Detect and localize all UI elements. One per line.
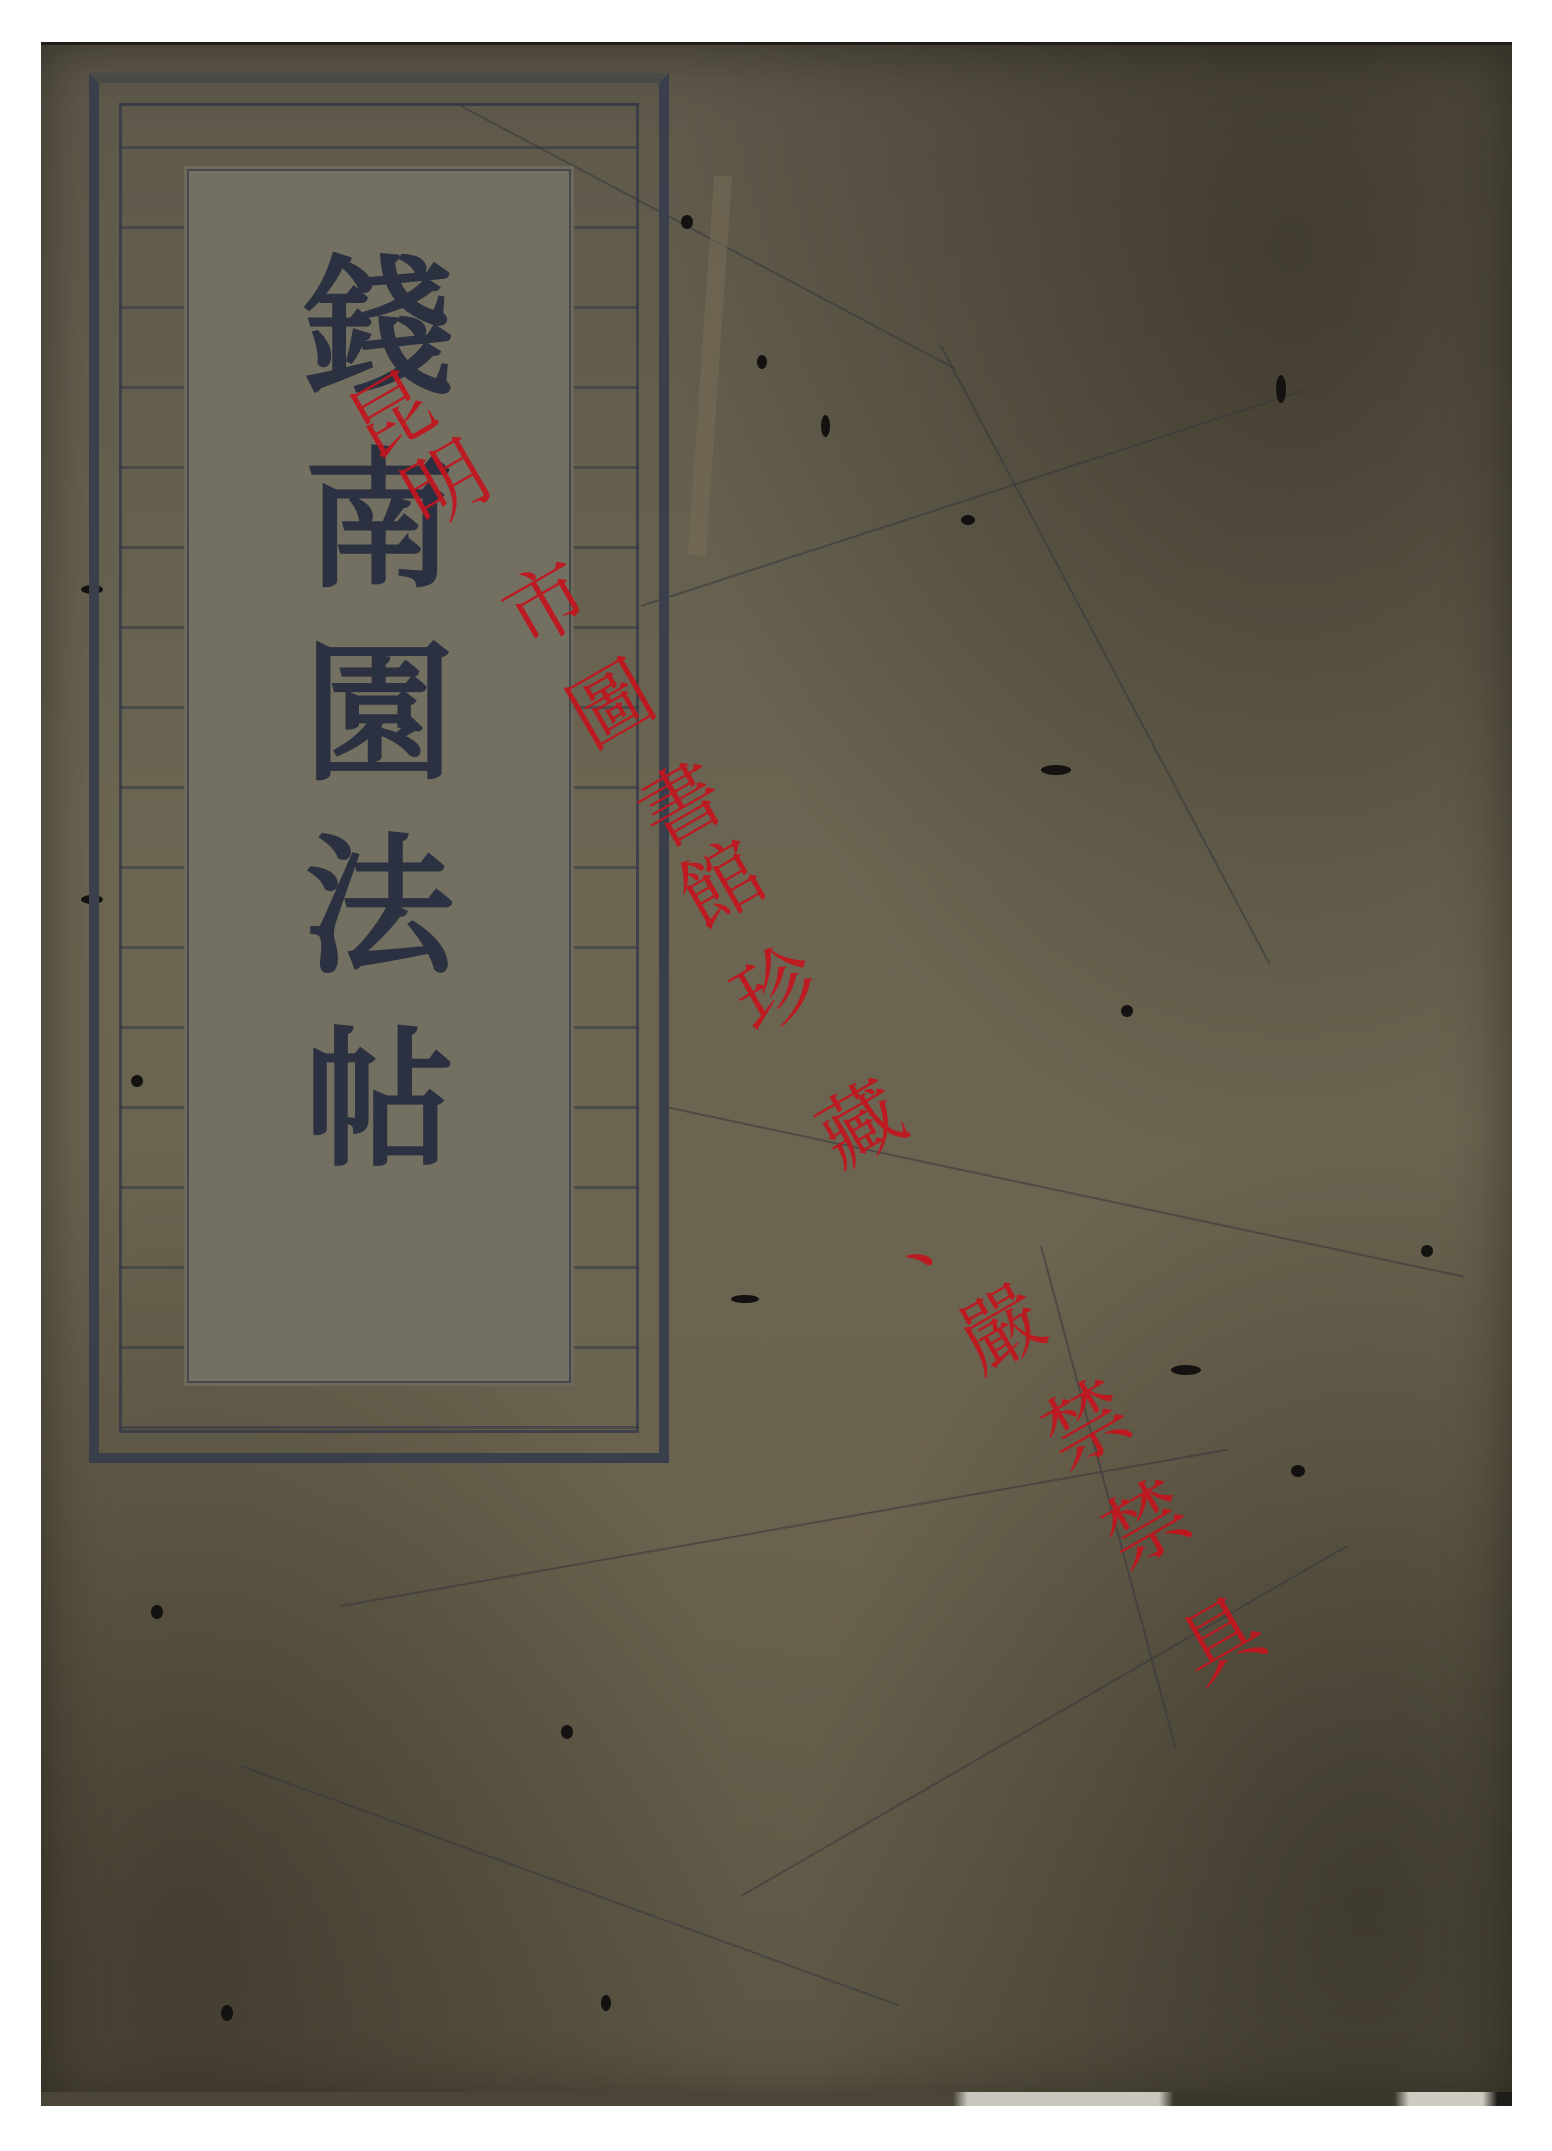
paper-crack bbox=[241, 1765, 899, 2006]
title-char: 法 bbox=[304, 830, 454, 985]
worm-hole bbox=[1276, 375, 1286, 403]
paper-crack bbox=[641, 389, 1307, 607]
worm-hole bbox=[561, 1725, 573, 1739]
stamp-char: 具 bbox=[1166, 1585, 1278, 1697]
paper-crack bbox=[741, 1545, 1348, 1897]
stamp-char: 藏 bbox=[806, 1070, 918, 1182]
worm-hole bbox=[731, 1295, 759, 1303]
worm-hole bbox=[1041, 765, 1071, 775]
worm-hole bbox=[1421, 1245, 1433, 1257]
worm-hole bbox=[221, 2005, 233, 2021]
stamp-char: 禁 bbox=[1031, 1370, 1143, 1482]
stamp-char: 、 bbox=[876, 1170, 988, 1282]
stamp-char: 珍 bbox=[721, 935, 833, 1047]
title-char: 帖 bbox=[304, 1023, 454, 1178]
worm-hole bbox=[151, 1605, 163, 1619]
paper-crack bbox=[688, 175, 732, 555]
worm-hole bbox=[1171, 1365, 1201, 1375]
worm-hole bbox=[601, 1995, 611, 2011]
worm-hole bbox=[1121, 1005, 1133, 1017]
title-label-panel: 錢 南 園 法 帖 bbox=[187, 169, 571, 1383]
worm-hole bbox=[961, 515, 975, 525]
worm-hole bbox=[757, 355, 767, 369]
worm-hole bbox=[821, 415, 830, 437]
worm-hole bbox=[681, 215, 693, 229]
title-label-frame: 錢 南 園 法 帖 bbox=[89, 73, 669, 1463]
book-cover: 錢 南 園 法 帖 昆 明 市 圖 書 館 珍 藏 、 嚴 禁 禁 具 bbox=[41, 42, 1512, 2106]
stamp-char: 禁 bbox=[1091, 1470, 1203, 1582]
paper-crack bbox=[661, 1105, 1463, 1277]
worm-hole bbox=[1291, 1465, 1305, 1477]
torn-bottom-edge bbox=[41, 2092, 1512, 2106]
stamp-char: 嚴 bbox=[946, 1275, 1058, 1387]
title-char: 園 bbox=[304, 637, 454, 792]
paper-crack bbox=[940, 346, 1270, 965]
